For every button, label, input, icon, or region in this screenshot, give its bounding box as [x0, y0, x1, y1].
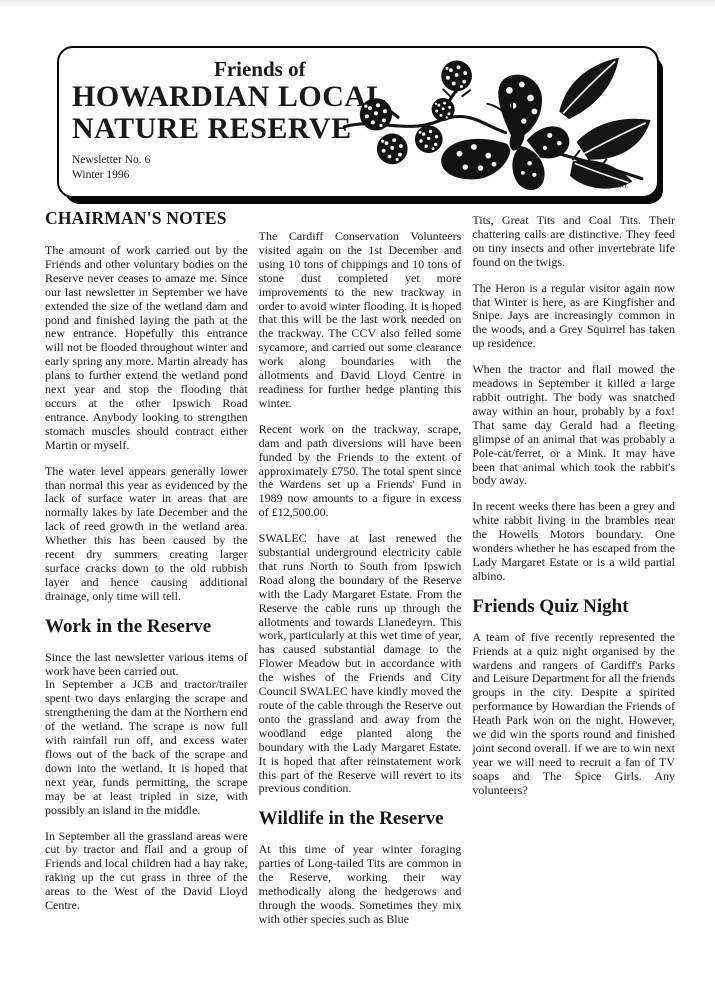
paragraph: In recent weeks there has been a grey an…	[472, 500, 675, 583]
masthead-pretitle: Friends of	[214, 57, 306, 82]
artist-signature: M.G.	[612, 180, 629, 189]
paragraph: At this time of year winter foraging par…	[259, 843, 462, 926]
bramble-leaves	[559, 58, 650, 189]
paragraph: The Cardiff Conservation Volunteers visi…	[259, 230, 462, 411]
paragraph: Tits, Great Tits and Coal Tits. Their ch…	[472, 214, 675, 270]
paragraph: When the tractor and flail mowed the mea…	[472, 363, 675, 488]
column-1: CHAIRMAN'S NOTESThe amount of work carri…	[45, 206, 248, 939]
scan-edge-artifact	[0, 0, 715, 8]
paragraph: The amount of work carried out by the Fr…	[45, 244, 248, 453]
masthead: Friends of HOWARDIAN LOCAL NATURE RESERV…	[57, 46, 659, 198]
bramble-butterfly-illustration: M.G.	[335, 50, 655, 194]
section-heading: CHAIRMAN'S NOTES	[45, 208, 248, 229]
paragraph: Recent work on the trackway, scrape, dam…	[259, 423, 462, 520]
paragraph: The water level appears generally lower …	[45, 465, 248, 604]
newsletter-number: Newsletter No. 6	[72, 153, 150, 168]
column-2: The Cardiff Conservation Volunteers visi…	[259, 206, 462, 939]
section-heading: Wildlife in the Reserve	[259, 808, 462, 830]
column-3: Tits, Great Tits and Coal Tits. Their ch…	[472, 206, 675, 939]
paragraph: Since the last newsletter various items …	[45, 651, 248, 818]
article-columns: CHAIRMAN'S NOTESThe amount of work carri…	[45, 206, 675, 939]
paragraph: A team of five recently represented the …	[472, 631, 675, 798]
masthead-title-line2: NATURE RESERVE	[72, 112, 352, 145]
paragraph: SWALEC have at last renewed the substant…	[259, 532, 462, 796]
section-heading: Friends Quiz Night	[472, 596, 675, 618]
section-heading: Work in the Reserve	[45, 616, 248, 638]
paragraph: The Heron is a regular visitor again now…	[472, 282, 675, 352]
paragraph: In September all the grassland areas wer…	[45, 830, 248, 913]
newsletter-issue: Newsletter No. 6 Winter 1996	[72, 153, 150, 183]
newsletter-date: Winter 1996	[72, 168, 150, 183]
